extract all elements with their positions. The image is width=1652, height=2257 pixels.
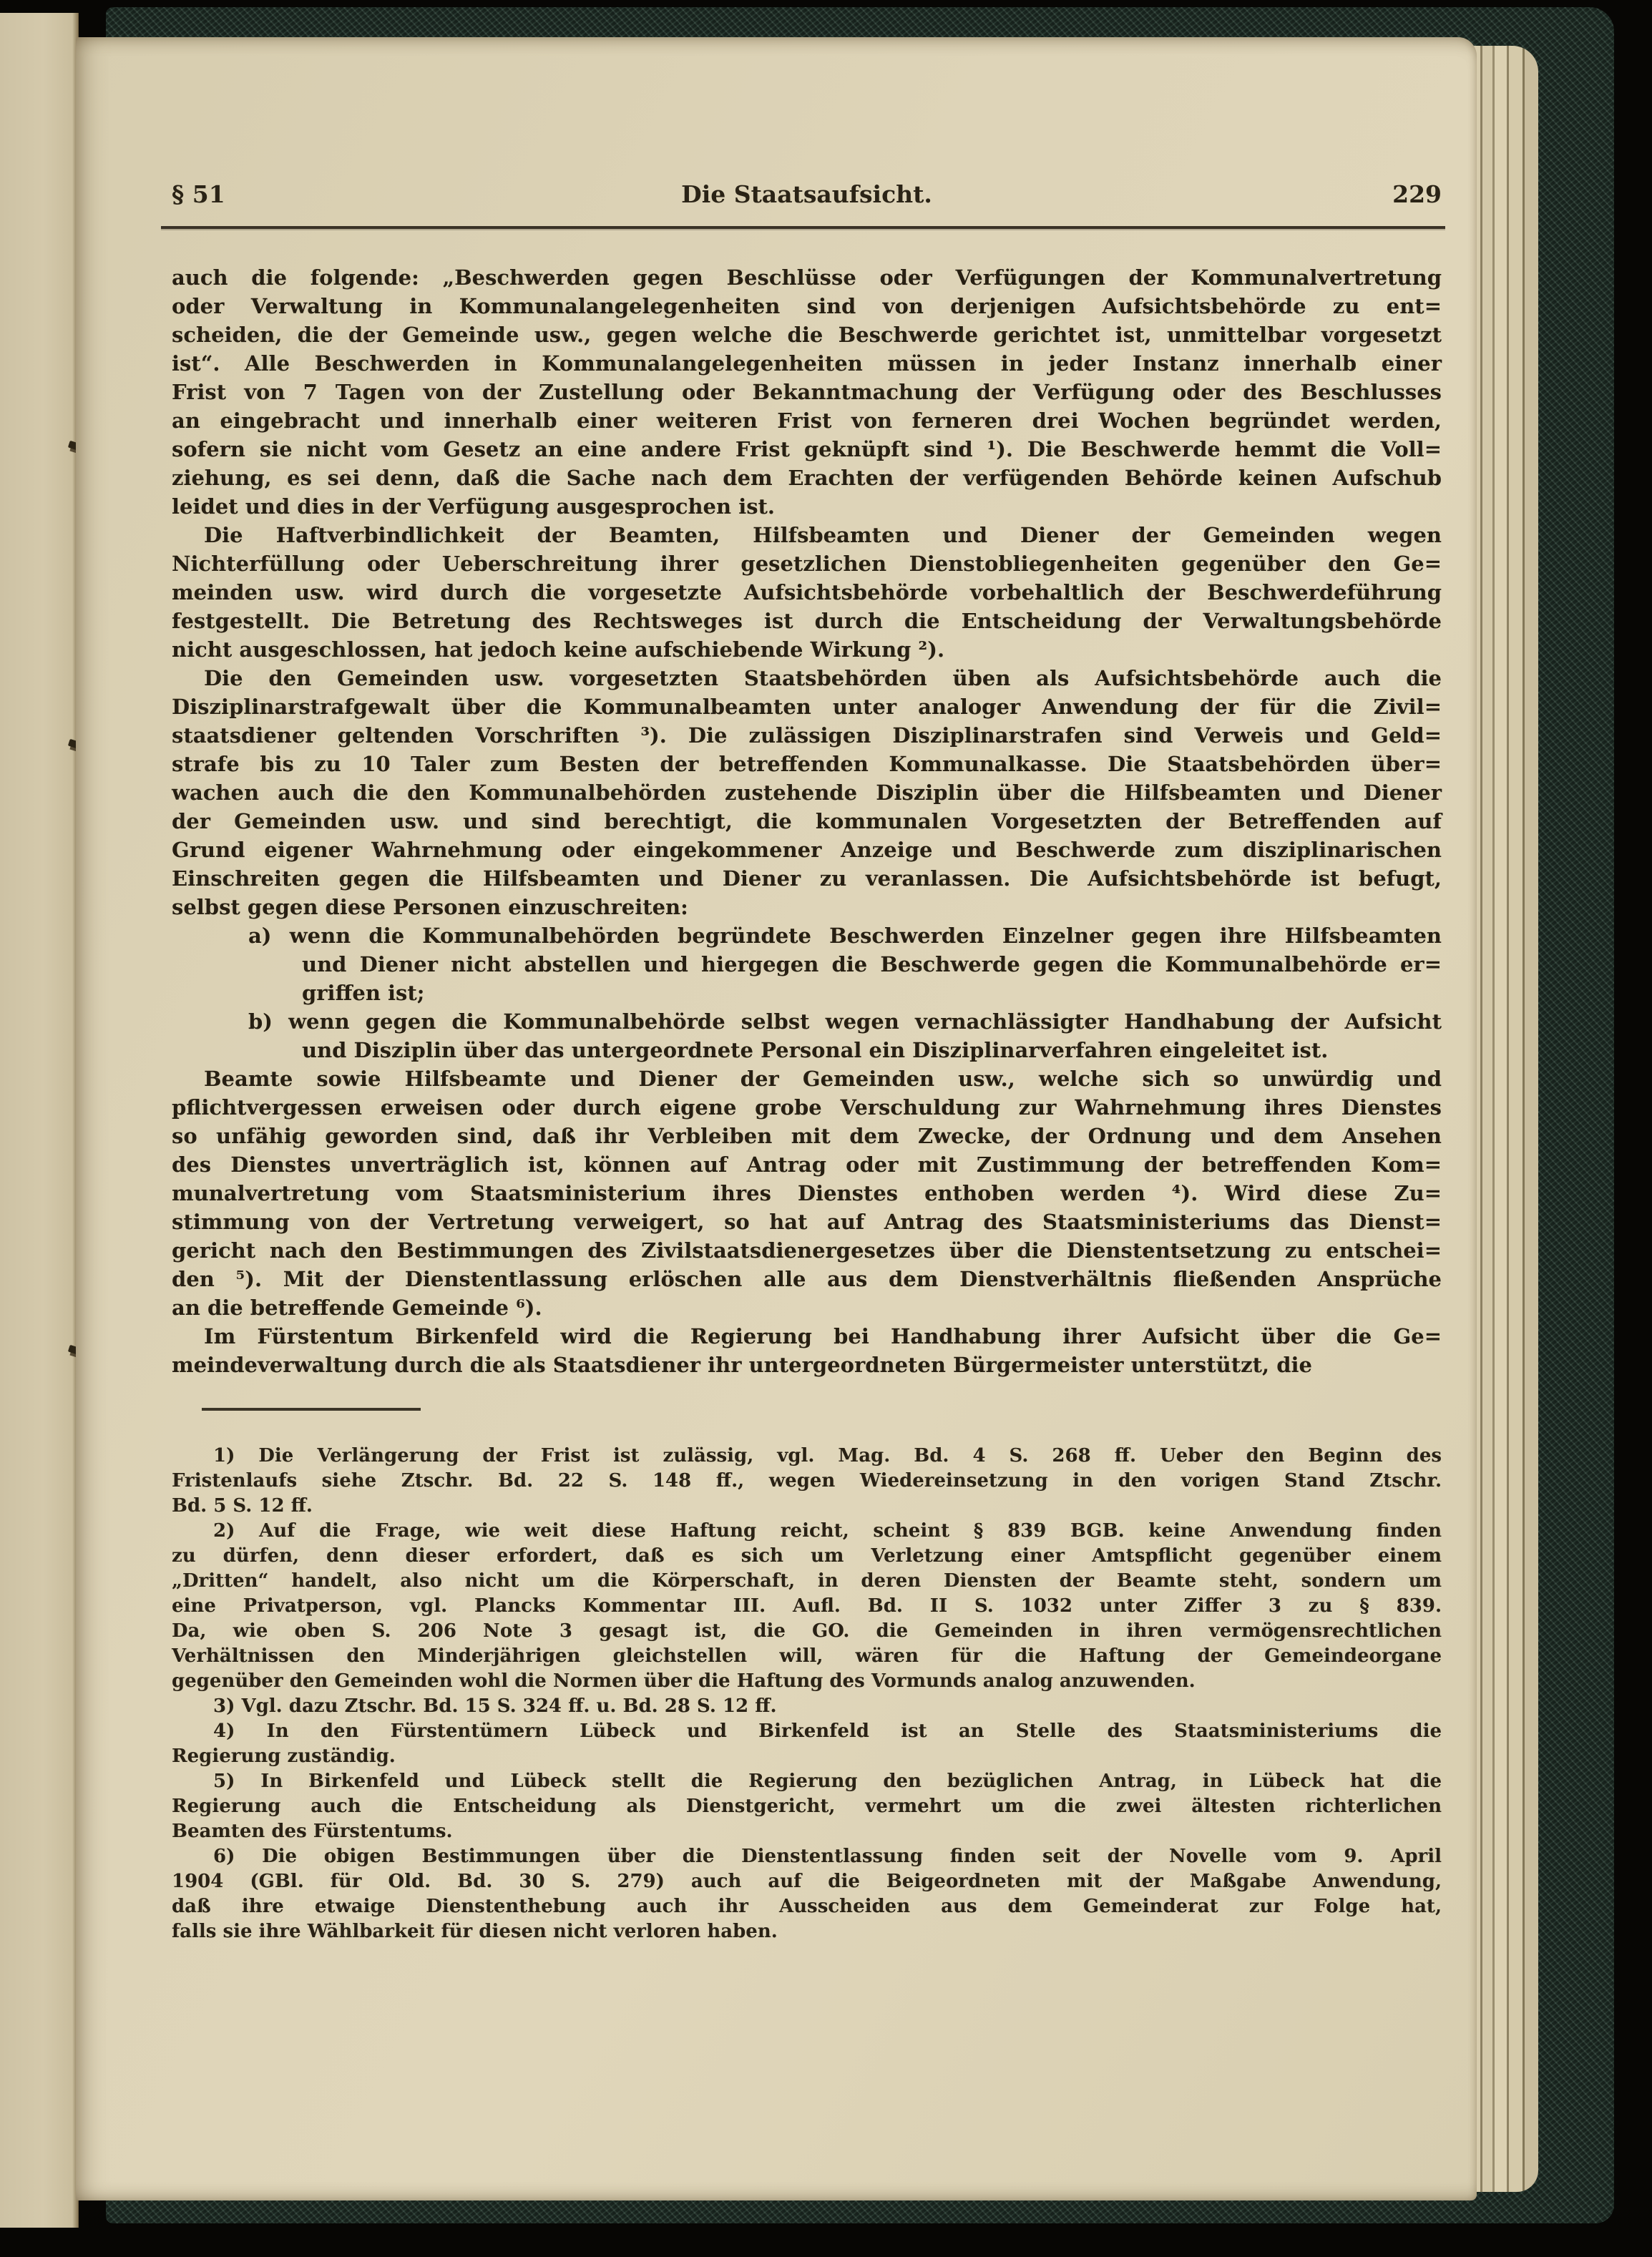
text-line: an eingebracht und innerhalb einer weite…: [172, 406, 1442, 435]
text-line: „Dritten“ handelt, also nicht um die Kör…: [172, 1569, 1442, 1594]
text-line: wachen auch die den Kommunalbehörden zus…: [172, 778, 1442, 807]
text-line: selbst gegen diese Personen einzuschreit…: [172, 893, 1442, 921]
text-line: Da, wie oben S. 206 Note 3 gesagt ist, d…: [172, 1619, 1442, 1644]
text-line: Einschreiten gegen die Hilfsbeamten und …: [172, 864, 1442, 893]
text-line: Frist von 7 Tagen von der Zustellung ode…: [172, 378, 1442, 406]
footnote-rule: [202, 1408, 421, 1411]
text-line: der Gemeinden usw. und sind berechtigt, …: [172, 807, 1442, 836]
text-line: Beamten des Fürstentums.: [172, 1819, 1442, 1844]
text-line: den ⁵). Mit der Dienstentlassung erlösch…: [172, 1265, 1442, 1293]
text-line: leidet und dies in der Verfügung ausgesp…: [172, 492, 1442, 521]
text-line: pflichtvergessen erweisen oder durch eig…: [172, 1093, 1442, 1122]
body-text: auch die folgende: „Beschwerden gegen Be…: [172, 263, 1442, 1379]
text-line: 6) Die obigen Bestimmungen über die Dien…: [172, 1844, 1442, 1869]
page-number: 229: [1392, 180, 1442, 208]
text-line: munalvertretung vom Staatsministerium ih…: [172, 1179, 1442, 1208]
running-title: Die Staatsaufsicht.: [172, 180, 1442, 208]
text-line: und Diener nicht abstellen und hiergegen…: [172, 950, 1442, 979]
text-line: Disziplinarstrafgewalt über die Kommunal…: [172, 692, 1442, 721]
text-line: griffen ist;: [172, 979, 1442, 1007]
text-line: staatsdiener geltenden Vorschriften ³). …: [172, 721, 1442, 750]
text-line: b) wenn gegen die Kommunalbehörde selbst…: [172, 1007, 1442, 1036]
text-line: Die Haftverbindlichkeit der Beamten, Hil…: [172, 521, 1442, 549]
text-line: 1) Die Verlängerung der Frist ist zuläss…: [172, 1444, 1442, 1469]
text-line: an die betreffende Gemeinde ⁶).: [172, 1293, 1442, 1322]
text-line: 3) Vgl. dazu Ztschr. Bd. 15 S. 324 ff. u…: [172, 1694, 1442, 1719]
text-line: scheiden, die der Gemeinde usw., gegen w…: [172, 320, 1442, 349]
text-line: oder Verwaltung in Kommunalangelegenheit…: [172, 292, 1442, 320]
text-line: Fristenlaufs siehe Ztschr. Bd. 22 S. 148…: [172, 1469, 1442, 1494]
text-line: ziehung, es sei denn, daß die Sache nach…: [172, 464, 1442, 492]
text-line: strafe bis zu 10 Taler zum Besten der be…: [172, 750, 1442, 778]
facing-page-edge: [0, 13, 79, 2228]
text-line: 4) In den Fürstentümern Lübeck und Birke…: [172, 1719, 1442, 1744]
text-line: eine Privatperson, vgl. Plancks Kommenta…: [172, 1594, 1442, 1619]
text-line: stimmung von der Vertretung verweigert, …: [172, 1208, 1442, 1236]
text-line: Die den Gemeinden usw. vorgesetzten Staa…: [172, 664, 1442, 692]
text-line: und Disziplin über das untergeordnete Pe…: [172, 1036, 1442, 1064]
scanned-book-photo: { "header": { "section_label": "§ 51", "…: [0, 0, 1652, 2257]
text-line: nicht ausgeschlossen, hat jedoch keine a…: [172, 635, 1442, 664]
text-line: gericht nach den Bestimmungen des Zivils…: [172, 1236, 1442, 1265]
text-line: a) wenn die Kommunalbehörden begründete …: [172, 921, 1442, 950]
text-line: meindeverwaltung durch die als Staatsdie…: [172, 1351, 1442, 1379]
text-line: Regierung zuständig.: [172, 1744, 1442, 1769]
text-line: ist“. Alle Beschwerden in Kommunalangele…: [172, 349, 1442, 378]
text-line: daß ihre etwaige Dienstenthebung auch ih…: [172, 1894, 1442, 1919]
text-line: Verhältnissen den Minderjährigen gleichs…: [172, 1644, 1442, 1669]
text-line: Beamte sowie Hilfsbeamte und Diener der …: [172, 1064, 1442, 1093]
text-line: sofern sie nicht vom Gesetz an eine ande…: [172, 435, 1442, 464]
text-line: Nichterfüllung oder Ueberschreitung ihre…: [172, 549, 1442, 578]
text-line: 1904 (GBl. für Old. Bd. 30 S. 279) auch …: [172, 1869, 1442, 1894]
text-line: 2) Auf die Frage, wie weit diese Haftung…: [172, 1519, 1442, 1544]
text-line: festgestellt. Die Betretung des Rechtswe…: [172, 607, 1442, 635]
text-line: meinden usw. wird durch die vorgesetzte …: [172, 578, 1442, 607]
text-line: Im Fürstentum Birkenfeld wird die Regier…: [172, 1322, 1442, 1351]
text-line: 5) In Birkenfeld und Lübeck stellt die R…: [172, 1769, 1442, 1794]
page-header: § 51 Die Staatsaufsicht. 229: [172, 180, 1442, 215]
text-line: Grund eigener Wahrnehmung oder eingekomm…: [172, 836, 1442, 864]
header-rule: [161, 226, 1445, 229]
text-line: zu dürfen, denn dieser erfordert, daß es…: [172, 1544, 1442, 1569]
text-line: des Dienstes unverträglich ist, können a…: [172, 1150, 1442, 1179]
text-line: gegenüber den Gemeinden wohl die Normen …: [172, 1669, 1442, 1694]
text-line: Regierung auch die Entscheidung als Dien…: [172, 1794, 1442, 1819]
text-line: Bd. 5 S. 12 ff.: [172, 1494, 1442, 1519]
text-line: falls sie ihre Wählbarkeit für diesen ni…: [172, 1919, 1442, 1944]
text-line: so unfähig geworden sind, daß ihr Verble…: [172, 1122, 1442, 1150]
footnotes: 1) Die Verlängerung der Frist ist zuläss…: [172, 1444, 1442, 1944]
text-line: auch die folgende: „Beschwerden gegen Be…: [172, 263, 1442, 292]
